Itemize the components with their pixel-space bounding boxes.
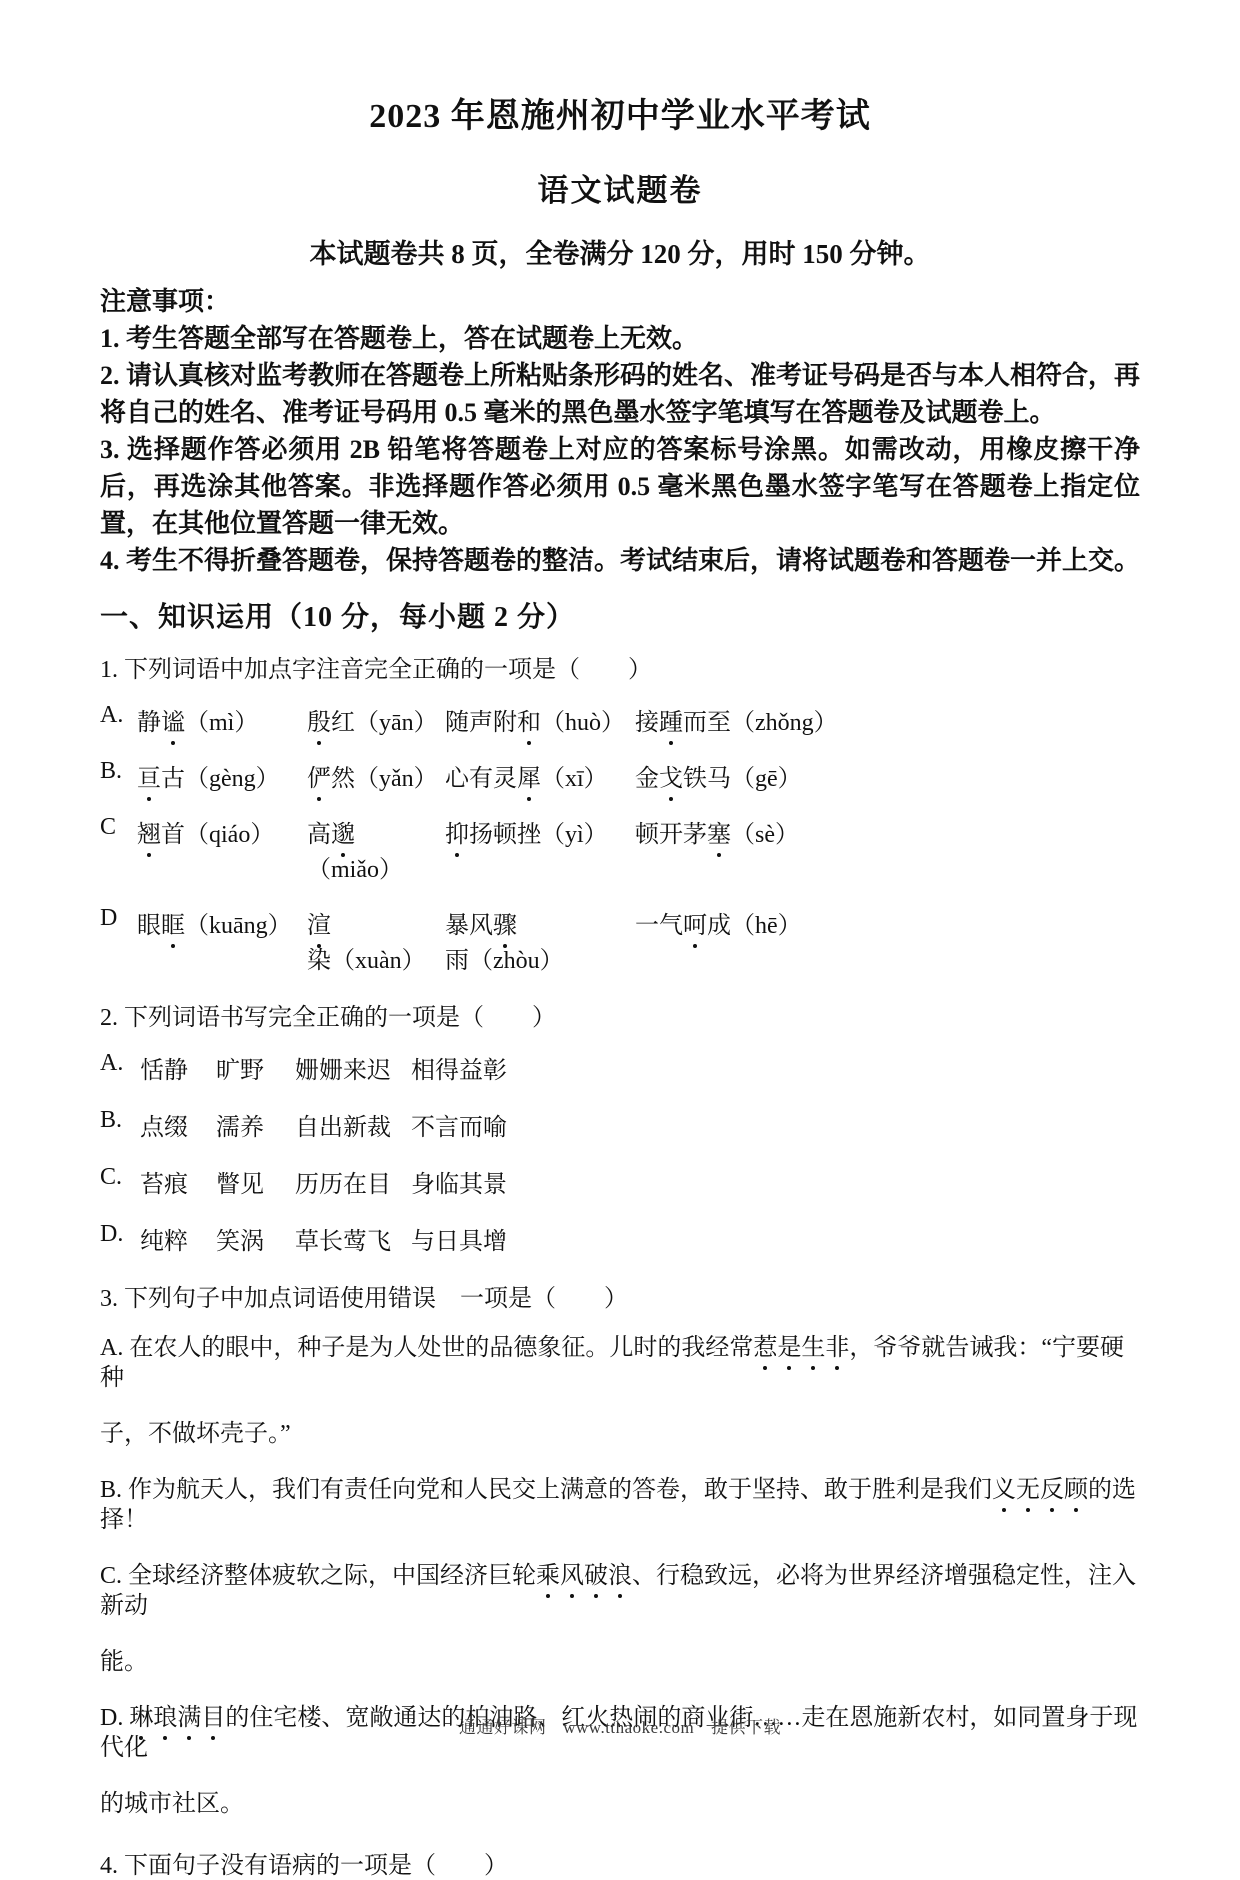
- exam-title: 2023 年恩施州初中学业水平考试: [100, 88, 1140, 137]
- notice-item-3: 3. 选择题作答必须用 2B 铅笔将答题卷上对应的答案标号涂黑。如需改动，用橡皮…: [100, 431, 1140, 542]
- q1-option-a-label: A.: [100, 702, 137, 737]
- q1-option-a-word-4: 接踵而至（zhǒng）: [635, 702, 838, 737]
- question-1: 1. 下列词语中加点字注音完全正确的一项是（ ） A. 静谧（mì） 殷红（yā…: [100, 649, 1140, 975]
- q1-option-a-word-3: 随声附和（huò）: [445, 702, 635, 737]
- q2-option-b-word-2: 濡养: [216, 1107, 295, 1142]
- q1-option-d-word-2: 渲染（xuàn）: [307, 905, 445, 975]
- q1-option-c: C 翘首（qiáo） 高邈（miǎo） 抑扬顿挫（yì） 顿开茅塞（sè）: [100, 814, 1140, 884]
- section-1-heading: 一、知识运用（10 分，每小题 2 分）: [100, 595, 1140, 635]
- q2-option-a-label: A.: [100, 1050, 140, 1085]
- q2-option-a-word-1: 恬静: [140, 1050, 216, 1085]
- q2-option-a: A. 恬静 旷野 姗姗来迟 相得益彰: [100, 1050, 1140, 1085]
- exam-paper-page: 2023 年恩施州初中学业水平考试 语文试题卷 本试题卷共 8 页，全卷满分 1…: [0, 0, 1240, 1754]
- q2-option-b-word-1: 点缀: [140, 1107, 216, 1142]
- q2-option-b: B. 点缀 濡养 自出新裁 不言而喻: [100, 1107, 1140, 1142]
- notice-item-4: 4. 考生不得折叠答题卷，保持答题卷的整洁。考试结束后，请将试题卷和答题卷一并上…: [100, 542, 1140, 579]
- q1-option-d-word-4: 一气呵成（hē）: [635, 905, 802, 975]
- footer-download-note: 提供下载: [711, 1718, 781, 1737]
- question-4: 4. 下面句子没有语病的一项是（ ）: [100, 1845, 1140, 1880]
- q1-option-c-word-1: 翘首（qiáo）: [137, 814, 307, 884]
- q2-option-c-word-3: 历历在目: [295, 1164, 411, 1199]
- footer-site-name: 通通好课网: [459, 1718, 547, 1737]
- question-1-stem: 1. 下列词语中加点字注音完全正确的一项是（ ）: [100, 649, 1140, 684]
- exam-info-line: 本试题卷共 8 页，全卷满分 120 分，用时 150 分钟。: [100, 232, 1140, 271]
- q3-option-a-line-1: A. 在农人的眼中，种子是为人处世的品德象征。儿时的我经常惹是生非，爷爷就告诫我…: [100, 1333, 1140, 1393]
- q1-option-b-word-2: 俨然（yǎn）: [307, 758, 445, 793]
- question-2-stem: 2. 下列词语书写完全正确的一项是（ ）: [100, 997, 1140, 1032]
- q1-option-c-word-4: 顿开茅塞（sè）: [635, 814, 799, 884]
- q2-option-c-word-4: 身临其景: [411, 1164, 507, 1199]
- q1-option-a-word-1: 静谧（mì）: [137, 702, 307, 737]
- q3-option-c-line-1: C. 全球经济整体疲软之际，中国经济巨轮乘风破浪、行稳致远，必将为世界经济增强稳…: [100, 1561, 1140, 1621]
- notices-section: 注意事项： 1. 考生答题全部写在答题卷上，答在试题卷上无效。 2. 请认真核对…: [100, 283, 1140, 579]
- q2-option-d-word-3: 草长莺飞: [295, 1221, 411, 1256]
- q1-option-a-word-2: 殷红（yān）: [307, 702, 445, 737]
- q3-option-d-line-2: 的城市社区。: [100, 1789, 1140, 1819]
- question-4-stem: 4. 下面句子没有语病的一项是（ ）: [100, 1845, 1140, 1880]
- q2-option-c: C. 苔痕 瞥见 历历在目 身临其景: [100, 1164, 1140, 1199]
- q1-option-c-word-3: 抑扬顿挫（yì）: [445, 814, 635, 884]
- q2-option-c-label: C.: [100, 1164, 140, 1199]
- q2-option-c-word-2: 瞥见: [216, 1164, 295, 1199]
- q2-option-d-word-1: 纯粹: [140, 1221, 216, 1256]
- question-2: 2. 下列词语书写完全正确的一项是（ ） A. 恬静 旷野 姗姗来迟 相得益彰 …: [100, 997, 1140, 1256]
- q2-option-b-word-3: 自出新裁: [295, 1107, 411, 1142]
- q2-option-b-label: B.: [100, 1107, 140, 1142]
- q1-option-b-label: B.: [100, 758, 137, 793]
- notice-item-2: 2. 请认真核对监考教师在答题卷上所粘贴条形码的姓名、准考证号码是否与本人相符合…: [100, 357, 1140, 431]
- q1-option-b-word-1: 亘古（gèng）: [137, 758, 307, 793]
- q2-option-b-word-4: 不言而喻: [411, 1107, 507, 1142]
- exam-subtitle: 语文试题卷: [100, 165, 1140, 210]
- q2-option-c-word-1: 苔痕: [140, 1164, 216, 1199]
- footer-url: www.tthaoke.com: [563, 1718, 694, 1737]
- q2-option-d: D. 纯粹 笑涡 草长莺飞 与日具增: [100, 1221, 1140, 1256]
- notices-label: 注意事项：: [100, 283, 1140, 320]
- page-footer: 通通好课网 www.tthaoke.com 提供下载: [0, 1713, 1240, 1738]
- q1-option-d-label: D: [100, 905, 137, 975]
- q1-option-d: D 眼眶（kuāng） 渲染（xuàn） 暴风骤雨（zhòu） 一气呵成（hē）: [100, 905, 1140, 975]
- q2-option-a-word-3: 姗姗来迟: [295, 1050, 411, 1085]
- q2-option-d-word-4: 与日具增: [411, 1221, 507, 1256]
- q1-option-c-label: C: [100, 814, 137, 884]
- q1-option-a: A. 静谧（mì） 殷红（yān） 随声附和（huò） 接踵而至（zhǒng）: [100, 702, 1140, 737]
- q1-option-b-word-4: 金戈铁马（gē）: [635, 758, 802, 793]
- q1-option-b: B. 亘古（gèng） 俨然（yǎn） 心有灵犀（xī） 金戈铁马（gē）: [100, 758, 1140, 793]
- q2-option-d-label: D.: [100, 1221, 140, 1256]
- q1-option-d-word-1: 眼眶（kuāng）: [137, 905, 307, 975]
- q3-option-a-line-2: 子，不做坏壳子。”: [100, 1419, 1140, 1449]
- question-3-stem: 3. 下列句子中加点词语使用错误 一项是（ ）: [100, 1278, 1140, 1313]
- notice-item-1: 1. 考生答题全部写在答题卷上，答在试题卷上无效。: [100, 320, 1140, 357]
- q2-option-a-word-4: 相得益彰: [411, 1050, 507, 1085]
- q2-option-a-word-2: 旷野: [216, 1050, 295, 1085]
- q1-option-b-word-3: 心有灵犀（xī）: [445, 758, 635, 793]
- q3-option-c-line-2: 能。: [100, 1647, 1140, 1677]
- q1-option-d-word-3: 暴风骤雨（zhòu）: [445, 905, 635, 975]
- q1-option-c-word-2: 高邈（miǎo）: [307, 814, 445, 884]
- q2-option-d-word-2: 笑涡: [216, 1221, 295, 1256]
- q3-option-b-line-1: B. 作为航天人，我们有责任向党和人民交上满意的答卷，敢于坚持、敢于胜利是我们义…: [100, 1475, 1140, 1535]
